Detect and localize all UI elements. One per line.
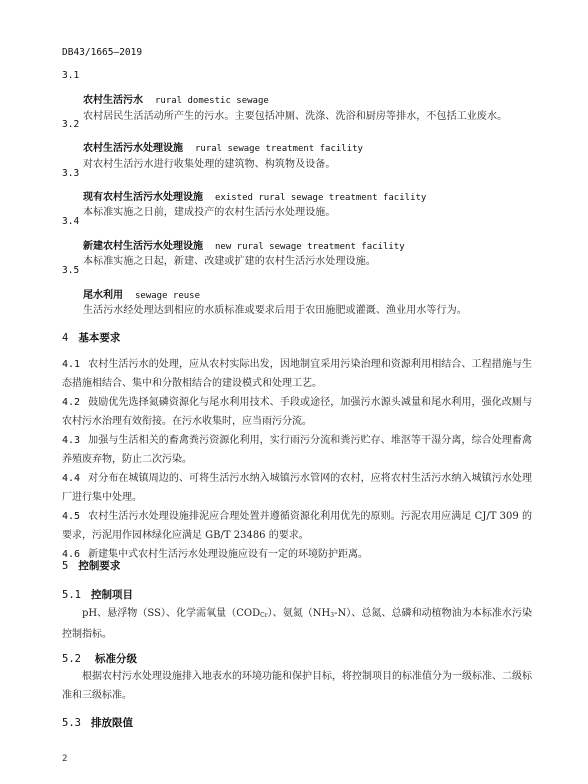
clause-4-2: 4.2鼓励优先选择氮磷资源化与尾水利用技术、手段或途径，加强污水源头减量和尾水利… xyxy=(62,393,532,431)
clause-text: 农村生活污水处理设施排泥应合理处置并遵循资源化利用优先的原则。污泥农用应满足 C… xyxy=(62,511,532,541)
clause-number: 4.1 xyxy=(62,359,80,370)
clause-text: 加强与生活相关的畜禽粪污资源化利用，实行雨污分流和粪污贮存、堆沤等干湿分离，综合… xyxy=(62,435,532,465)
clause-4-4: 4.4对分布在城镇周边的、可将生活污水纳入城镇污水管网的农村，应将农村生活污水纳… xyxy=(62,469,532,507)
subsection-title: 标准分级 xyxy=(95,653,137,665)
clause-number-3-1: 3.1 xyxy=(62,70,79,81)
clause-text: 对分布在城镇周边的、可将生活污水纳入城镇污水管网的农村，应将农村生活污水纳入城镇… xyxy=(62,473,532,503)
definition-3-3: 本标准实施之日前，建成投产的农村生活污水处理设施。 xyxy=(83,203,336,218)
clause-number-3-4: 3.4 xyxy=(62,216,79,227)
clause-number: 4.5 xyxy=(62,511,80,522)
subsection-number: 5.1 xyxy=(62,589,81,601)
clause-number: 4.3 xyxy=(62,435,80,446)
subsection-heading-5-1: 5.1控制项目 xyxy=(62,587,133,602)
clause-number: 4.4 xyxy=(62,473,80,484)
term-en: existed rural sewage treatment facility xyxy=(215,193,426,203)
clause-4-5: 4.5农村生活污水处理设施排泥应合理处置并遵循资源化利用优先的原则。污泥农用应满… xyxy=(62,507,532,545)
section-number: 4 xyxy=(62,332,68,344)
term-en: new rural sewage treatment facility xyxy=(215,242,405,252)
cod-subscript: Cr xyxy=(260,612,267,619)
clause-4-6: 4.6新建集中式农村生活污水处理设施应设有一定的环境防护距离。 xyxy=(62,545,532,564)
paragraph-5-2: 根据农村污水处理设施排入地表水的环境功能和保护目标，将控制项目的标准值分为一级标… xyxy=(62,667,532,705)
term-zh: 农村生活污水 xyxy=(83,95,143,106)
standard-code-header: DB43/1665—2019 xyxy=(62,47,142,58)
subsection-title: 控制项目 xyxy=(91,589,133,601)
clause-number-3-2: 3.2 xyxy=(62,119,79,130)
clause-number-3-3: 3.3 xyxy=(62,168,79,179)
page-number: 2 xyxy=(62,754,67,764)
clause-number: 4.2 xyxy=(62,397,80,408)
term-zh: 现有农村生活污水处理设施 xyxy=(83,192,203,203)
section-heading-4: 4基本要求 xyxy=(62,330,120,345)
subsection-number: 5.3 xyxy=(62,717,81,729)
definition-3-5: 生活污水经处理达到相应的水质标准或要求后用于农田施肥或灌溉、渔业用水等行为。 xyxy=(83,301,467,316)
term-3-2: 农村生活污水处理设施rural sewage treatment facilit… xyxy=(83,136,363,155)
document-page: DB43/1665—2019 3.1 农村生活污水rural domestic … xyxy=(0,0,588,784)
subsection-heading-5-3: 5.3排放限值 xyxy=(62,715,133,730)
definition-3-4: 本标准实施之日起，新建、改建或扩建的农村生活污水处理设施。 xyxy=(83,252,376,267)
clause-text: 鼓励优先选择氮磷资源化与尾水利用技术、手段或途径，加强污水源头减量和尾水利用，强… xyxy=(62,397,532,427)
term-3-3: 现有农村生活污水处理设施existed rural sewage treatme… xyxy=(83,185,426,204)
term-en: rural domestic sewage xyxy=(155,96,269,106)
section-title: 控制要求 xyxy=(78,560,120,572)
text-segment: ）、氨氮（NH xyxy=(268,608,331,619)
text-segment: pH、悬浮物（SS）、化学需氧量（COD xyxy=(82,608,260,619)
term-en: sewage reuse xyxy=(135,291,200,301)
term-zh: 尾水利用 xyxy=(83,290,123,301)
section-heading-5: 5控制要求 xyxy=(62,558,120,573)
term-3-4: 新建农村生活污水处理设施new rural sewage treatment f… xyxy=(83,234,405,253)
clause-text: 农村生活污水的处理，应从农村实际出发，因地制宜采用污染治理和资源利用相结合、工程… xyxy=(62,359,532,389)
paragraph-5-1: pH、悬浮物（SS）、化学需氧量（CODCr）、氨氮（NH3-N）、总氮、总磷和… xyxy=(62,604,532,644)
term-3-5: 尾水利用sewage reuse xyxy=(83,283,200,302)
clause-4-3: 4.3加强与生活相关的畜禽粪污资源化利用，实行雨污分流和粪污贮存、堆沤等干湿分离… xyxy=(62,431,532,469)
subsection-heading-5-2: 5.2标准分级 xyxy=(62,651,137,666)
term-en: rural sewage treatment facility xyxy=(195,144,363,154)
clause-text: 新建集中式农村生活污水处理设施应设有一定的环境防护距离。 xyxy=(88,549,368,560)
term-zh: 新建农村生活污水处理设施 xyxy=(83,241,203,252)
subsection-number: 5.2 xyxy=(62,653,81,665)
term-3-1: 农村生活污水rural domestic sewage xyxy=(83,88,269,107)
term-zh: 农村生活污水处理设施 xyxy=(83,143,183,154)
definition-3-1: 农村居民生活活动所产生的污水。主要包括冲厕、洗涤、洗浴和厨房等排水，不包括工业废… xyxy=(83,107,507,122)
section-title: 基本要求 xyxy=(78,332,120,344)
section-number: 5 xyxy=(62,560,68,572)
definition-3-2: 对农村生活污水进行收集处理的建筑物、构筑物及设备。 xyxy=(83,155,336,170)
subsection-title: 排放限值 xyxy=(91,717,133,729)
clause-number-3-5: 3.5 xyxy=(62,265,79,276)
clause-4-1: 4.1农村生活污水的处理，应从农村实际出发，因地制宜采用污染治理和资源利用相结合… xyxy=(62,355,532,393)
